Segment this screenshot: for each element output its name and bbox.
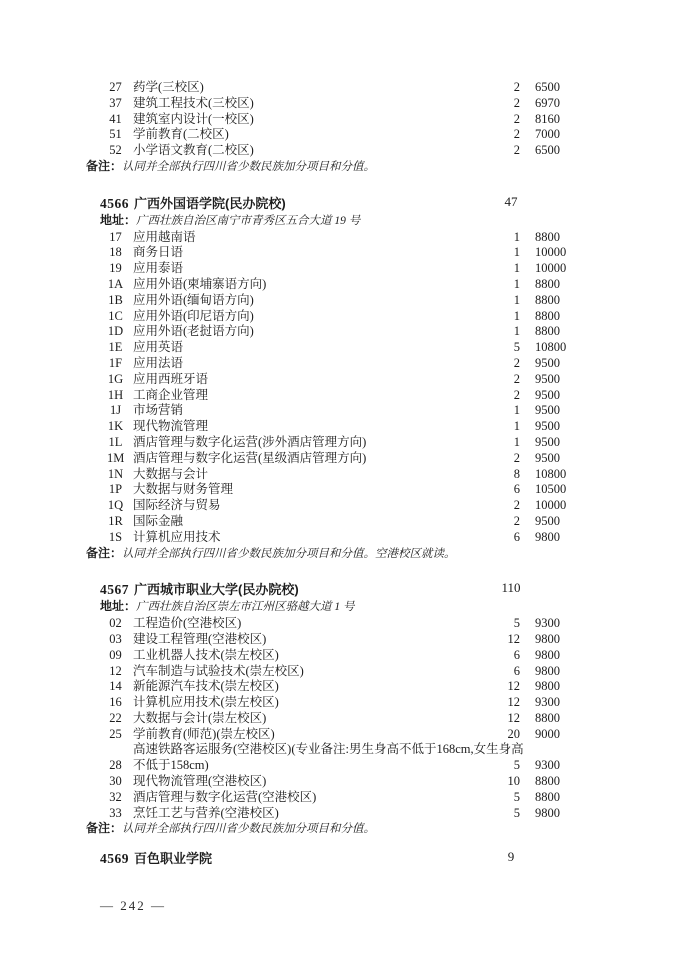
major-code: 1B — [107, 293, 124, 309]
college-header: 4567广西城市职业大学(民办院校) 110 — [100, 581, 680, 599]
major-name: 酒店管理与数字化运营(星级酒店管理方向) — [133, 451, 532, 467]
tuition-fee: 9800 — [535, 664, 560, 680]
major-name: 建筑室内设计(一校区) — [133, 112, 532, 128]
major-row: 1K 现代物流管理 1 9500 — [0, 419, 680, 435]
major-code: 27 — [107, 80, 124, 96]
plan-count: 1 — [480, 419, 520, 435]
tuition-fee: 8160 — [535, 112, 560, 128]
plan-count: 2 — [480, 143, 520, 159]
major-code: 28 — [107, 758, 124, 774]
major-row: 12 汽车制造与试验技术(崇左校区) 6 9800 — [0, 664, 680, 680]
major-name: 烹饪工艺与营养(空港校区) — [133, 806, 532, 822]
major-row: 1A 应用外语(柬埔寨语方向) 1 8800 — [0, 277, 680, 293]
major-row: 33 烹饪工艺与营养(空港校区) 5 9800 — [0, 806, 680, 822]
major-name: 工商企业管理 — [133, 388, 532, 404]
tuition-fee: 9800 — [535, 632, 560, 648]
tuition-fee: 9500 — [535, 419, 560, 435]
plan-count: 6 — [480, 530, 520, 546]
tuition-fee: 8800 — [535, 790, 560, 806]
plan-count: 1 — [480, 245, 520, 261]
major-code: 09 — [107, 648, 124, 664]
major-row: 03 建设工程管理(空港校区) 12 9800 — [0, 632, 680, 648]
major-code: 17 — [107, 230, 124, 246]
tuition-fee: 9300 — [535, 616, 560, 632]
plan-count: 2 — [480, 356, 520, 372]
plan-count: 1 — [480, 435, 520, 451]
major-code: 18 — [107, 245, 124, 261]
tuition-fee: 9500 — [535, 403, 560, 419]
remark-label: 备注： — [86, 821, 122, 835]
major-row: 1Q 国际经济与贸易 2 10000 — [0, 498, 680, 514]
plan-count: 10 — [480, 774, 520, 790]
tuition-fee: 6970 — [535, 96, 560, 112]
major-code: 14 — [107, 679, 124, 695]
major-code: 1G — [107, 372, 124, 388]
major-rows: 27 药学(三校区) 2 6500 37 建筑工程技术(三校区) 2 6970 … — [0, 80, 680, 159]
major-name: 计算机应用技术(崇左校区) — [133, 695, 532, 711]
tuition-fee: 9500 — [535, 388, 560, 404]
admissions-list: 27 药学(三校区) 2 6500 37 建筑工程技术(三校区) 2 6970 … — [0, 0, 680, 868]
address-text: 广西壮族自治区南宁市青秀区五合大道 19 号 — [136, 215, 360, 227]
major-name: 应用外语(老挝语方向) — [133, 324, 532, 340]
tuition-fee: 9500 — [535, 514, 560, 530]
college-name: 广西外国语学院(民办院校) — [134, 196, 286, 211]
major-name: 工程造价(空港校区) — [133, 616, 532, 632]
major-rows: 02 工程造价(空港校区) 5 9300 03 建设工程管理(空港校区) 12 … — [0, 616, 680, 821]
document-page: 27 药学(三校区) 2 6500 37 建筑工程技术(三校区) 2 6970 … — [0, 0, 680, 961]
tuition-fee: 10000 — [535, 498, 566, 514]
major-name: 国际金融 — [133, 514, 532, 530]
plan-count: 6 — [480, 482, 520, 498]
address-text: 广西壮族自治区崇左市江州区骆越大道 1 号 — [136, 601, 355, 613]
major-code: 1C — [107, 309, 124, 325]
remark-text: 认同并全部执行四川省少数民族加分项目和分值。 — [122, 161, 375, 173]
major-row: 17 应用越南语 1 8800 — [0, 230, 680, 246]
major-rows: 17 应用越南语 1 8800 18 商务日语 1 10000 19 应用泰语 … — [0, 230, 680, 546]
major-name: 应用外语(印尼语方向) — [133, 309, 532, 325]
major-name: 大数据与会计(崇左校区) — [133, 711, 532, 727]
major-row: 1L 酒店管理与数字化运营(涉外酒店管理方向) 1 9500 — [0, 435, 680, 451]
plan-count: 2 — [480, 96, 520, 112]
plan-count: 8 — [480, 467, 520, 483]
tuition-fee: 9000 — [535, 727, 560, 743]
college-section: 27 药学(三校区) 2 6500 37 建筑工程技术(三校区) 2 6970 … — [0, 80, 680, 176]
major-code: 1K — [107, 419, 124, 435]
major-row: 1S 计算机应用技术 6 9800 — [0, 530, 680, 546]
plan-count: 1 — [480, 230, 520, 246]
tuition-fee: 8800 — [535, 230, 560, 246]
college-header: 4569百色职业学院 9 — [100, 850, 680, 868]
plan-count: 2 — [480, 112, 520, 128]
college-plan-total: 47 — [496, 193, 526, 211]
major-name: 大数据与会计 — [133, 467, 532, 483]
major-name: 汽车制造与试验技术(崇左校区) — [133, 664, 532, 680]
tuition-fee: 8800 — [535, 277, 560, 293]
major-row: 25 学前教育(师范)(崇左校区) 20 9000 — [0, 727, 680, 743]
major-row: 30 现代物流管理(空港校区) 10 8800 — [0, 774, 680, 790]
tuition-fee: 8800 — [535, 774, 560, 790]
major-code: 1D — [107, 324, 124, 340]
plan-count: 2 — [480, 80, 520, 96]
tuition-fee: 9800 — [535, 806, 560, 822]
tuition-fee: 10500 — [535, 482, 566, 498]
plan-count: 1 — [480, 309, 520, 325]
major-name: 现代物流管理(空港校区) — [133, 774, 532, 790]
tuition-fee: 9500 — [535, 372, 560, 388]
major-code: 1R — [107, 514, 124, 530]
major-row: 1J 市场营销 1 9500 — [0, 403, 680, 419]
page-number: — 242 — — [100, 898, 680, 914]
major-name: 应用法语 — [133, 356, 532, 372]
major-row: 52 小学语文教育(二校区) 2 6500 — [0, 143, 680, 159]
tuition-fee: 10000 — [535, 261, 566, 277]
college-name: 百色职业学院 — [134, 851, 212, 866]
major-code: 41 — [107, 112, 124, 128]
plan-count: 5 — [480, 790, 520, 806]
major-row: 19 应用泰语 1 10000 — [0, 261, 680, 277]
major-row: 14 新能源汽车技术(崇左校区) 12 9800 — [0, 679, 680, 695]
major-row: 1B 应用外语(缅甸语方向) 1 8800 — [0, 293, 680, 309]
major-code: 30 — [107, 774, 124, 790]
plan-count: 12 — [480, 695, 520, 711]
plan-count: 2 — [480, 451, 520, 467]
plan-count: 6 — [480, 648, 520, 664]
tuition-fee: 9300 — [535, 695, 560, 711]
major-name: 现代物流管理 — [133, 419, 532, 435]
major-name: 国际经济与贸易 — [133, 498, 532, 514]
major-code: 1A — [107, 277, 124, 293]
tuition-fee: 7000 — [535, 127, 560, 143]
major-name: 应用外语(柬埔寨语方向) — [133, 277, 532, 293]
major-row: 22 大数据与会计(崇左校区) 12 8800 — [0, 711, 680, 727]
college-code: 4569 — [100, 851, 129, 866]
plan-count: 1 — [480, 403, 520, 419]
major-name: 市场营销 — [133, 403, 532, 419]
major-row: 1G 应用西班牙语 2 9500 — [0, 372, 680, 388]
major-code: 52 — [107, 143, 124, 159]
major-row: 1R 国际金融 2 9500 — [0, 514, 680, 530]
major-row: 27 药学(三校区) 2 6500 — [0, 80, 680, 96]
major-code: 33 — [107, 806, 124, 822]
major-row: 18 商务日语 1 10000 — [0, 245, 680, 261]
major-row: 1E 应用英语 5 10800 — [0, 340, 680, 356]
major-code: 1P — [107, 482, 124, 498]
major-row: 1P 大数据与财务管理 6 10500 — [0, 482, 680, 498]
major-row: 1N 大数据与会计 8 10800 — [0, 467, 680, 483]
plan-count: 1 — [480, 277, 520, 293]
tuition-fee: 10800 — [535, 340, 566, 356]
plan-count: 2 — [480, 127, 520, 143]
major-row: 1D 应用外语(老挝语方向) 1 8800 — [0, 324, 680, 340]
remark-line: 备注：认同并全部执行四川省少数民族加分项目和分值。空港校区就读。 — [86, 546, 680, 563]
college-section: 4569百色职业学院 9 — [0, 850, 680, 868]
major-code: 1E — [107, 340, 124, 356]
major-code: 19 — [107, 261, 124, 277]
tuition-fee: 9800 — [535, 679, 560, 695]
tuition-fee: 9800 — [535, 648, 560, 664]
major-code: 16 — [107, 695, 124, 711]
plan-count: 2 — [480, 514, 520, 530]
college-address-line: 地址：广西壮族自治区南宁市青秀区五合大道 19 号 — [100, 213, 680, 230]
major-row: 16 计算机应用技术(崇左校区) 12 9300 — [0, 695, 680, 711]
tuition-fee: 10800 — [535, 467, 566, 483]
address-label: 地址： — [100, 213, 136, 227]
major-code: 1L — [107, 435, 124, 451]
major-name: 应用越南语 — [133, 230, 532, 246]
tuition-fee: 8800 — [535, 711, 560, 727]
plan-count: 12 — [480, 632, 520, 648]
plan-count: 2 — [480, 498, 520, 514]
major-name: 应用英语 — [133, 340, 532, 356]
remark-text: 认同并全部执行四川省少数民族加分项目和分值。空港校区就读。 — [122, 548, 456, 560]
major-row: 1M 酒店管理与数字化运营(星级酒店管理方向) 2 9500 — [0, 451, 680, 467]
plan-count: 1 — [480, 293, 520, 309]
major-row: 09 工业机器人技术(崇左校区) 6 9800 — [0, 648, 680, 664]
college-plan-total: 110 — [496, 579, 526, 597]
major-name: 建筑工程技术(三校区) — [133, 96, 532, 112]
plan-count: 2 — [480, 388, 520, 404]
plan-count: 1 — [480, 261, 520, 277]
major-code: 1S — [107, 530, 124, 546]
major-row: 51 学前教育(二校区) 2 7000 — [0, 127, 680, 143]
tuition-fee: 9800 — [535, 530, 560, 546]
plan-count: 12 — [480, 711, 520, 727]
major-name: 应用西班牙语 — [133, 372, 532, 388]
college-code: 4567 — [100, 582, 129, 597]
major-name: 新能源汽车技术(崇左校区) — [133, 679, 532, 695]
major-code: 1H — [107, 388, 124, 404]
major-row: 1C 应用外语(印尼语方向) 1 8800 — [0, 309, 680, 325]
remark-line: 备注：认同并全部执行四川省少数民族加分项目和分值。 — [86, 159, 680, 176]
tuition-fee: 8800 — [535, 309, 560, 325]
college-section: 4566广西外国语学院(民办院校) 47 地址：广西壮族自治区南宁市青秀区五合大… — [0, 195, 680, 563]
plan-count: 6 — [480, 664, 520, 680]
major-row: 28 高速铁路客运服务(空港校区)(专业备注:男生身高不低于168cm,女生身高… — [0, 742, 680, 774]
college-section: 4567广西城市职业大学(民办院校) 110 地址：广西壮族自治区崇左市江州区骆… — [0, 581, 680, 838]
major-name: 学前教育(师范)(崇左校区) — [133, 727, 532, 743]
major-code: 37 — [107, 96, 124, 112]
tuition-fee: 9500 — [535, 356, 560, 372]
major-name: 应用泰语 — [133, 261, 532, 277]
major-code: 1Q — [107, 498, 124, 514]
tuition-fee: 6500 — [535, 80, 560, 96]
tuition-fee: 9500 — [535, 451, 560, 467]
major-code: 02 — [107, 616, 124, 632]
plan-count: 12 — [480, 679, 520, 695]
major-row: 1F 应用法语 2 9500 — [0, 356, 680, 372]
major-name: 酒店管理与数字化运营(涉外酒店管理方向) — [133, 435, 532, 451]
college-code: 4566 — [100, 196, 129, 211]
remark-text: 认同并全部执行四川省少数民族加分项目和分值。 — [122, 823, 375, 835]
major-code: 25 — [107, 727, 124, 743]
tuition-fee: 9500 — [535, 435, 560, 451]
major-name: 大数据与财务管理 — [133, 482, 532, 498]
address-label: 地址： — [100, 599, 136, 613]
major-row: 1H 工商企业管理 2 9500 — [0, 388, 680, 404]
plan-count: 5 — [480, 616, 520, 632]
major-code: 51 — [107, 127, 124, 143]
college-address-line: 地址：广西壮族自治区崇左市江州区骆越大道 1 号 — [100, 599, 680, 616]
major-code: 1N — [107, 467, 124, 483]
major-name: 酒店管理与数字化运营(空港校区) — [133, 790, 532, 806]
college-name: 广西城市职业大学(民办院校) — [134, 582, 299, 597]
major-code: 1F — [107, 356, 124, 372]
major-name: 应用外语(缅甸语方向) — [133, 293, 532, 309]
major-code: 03 — [107, 632, 124, 648]
major-row: 41 建筑室内设计(一校区) 2 8160 — [0, 112, 680, 128]
plan-count: 5 — [480, 806, 520, 822]
major-name: 建设工程管理(空港校区) — [133, 632, 532, 648]
major-name: 计算机应用技术 — [133, 530, 532, 546]
major-row: 02 工程造价(空港校区) 5 9300 — [0, 616, 680, 632]
tuition-fee: 6500 — [535, 143, 560, 159]
major-code: 32 — [107, 790, 124, 806]
remark-label: 备注： — [86, 159, 122, 173]
major-name: 药学(三校区) — [133, 80, 532, 96]
tuition-fee: 8800 — [535, 293, 560, 309]
major-name: 商务日语 — [133, 245, 532, 261]
major-row: 32 酒店管理与数字化运营(空港校区) 5 8800 — [0, 790, 680, 806]
tuition-fee: 10000 — [535, 245, 566, 261]
major-name: 小学语文教育(二校区) — [133, 143, 532, 159]
college-plan-total: 9 — [496, 848, 526, 866]
remark-line: 备注：认同并全部执行四川省少数民族加分项目和分值。 — [86, 821, 680, 838]
plan-count: 5 — [480, 758, 520, 774]
major-code: 12 — [107, 664, 124, 680]
college-header: 4566广西外国语学院(民办院校) 47 — [100, 195, 680, 213]
major-name: 工业机器人技术(崇左校区) — [133, 648, 532, 664]
major-code: 22 — [107, 711, 124, 727]
remark-label: 备注： — [86, 546, 122, 560]
major-row: 37 建筑工程技术(三校区) 2 6970 — [0, 96, 680, 112]
major-code: 1M — [107, 451, 124, 467]
major-name: 学前教育(二校区) — [133, 127, 532, 143]
major-code: 1J — [107, 403, 124, 419]
plan-count: 20 — [480, 727, 520, 743]
plan-count: 5 — [480, 340, 520, 356]
plan-count: 2 — [480, 372, 520, 388]
tuition-fee: 9300 — [535, 758, 560, 774]
plan-count: 1 — [480, 324, 520, 340]
tuition-fee: 8800 — [535, 324, 560, 340]
major-name: 高速铁路客运服务(空港校区)(专业备注:男生身高不低于168cm,女生身高不低于… — [133, 742, 532, 774]
